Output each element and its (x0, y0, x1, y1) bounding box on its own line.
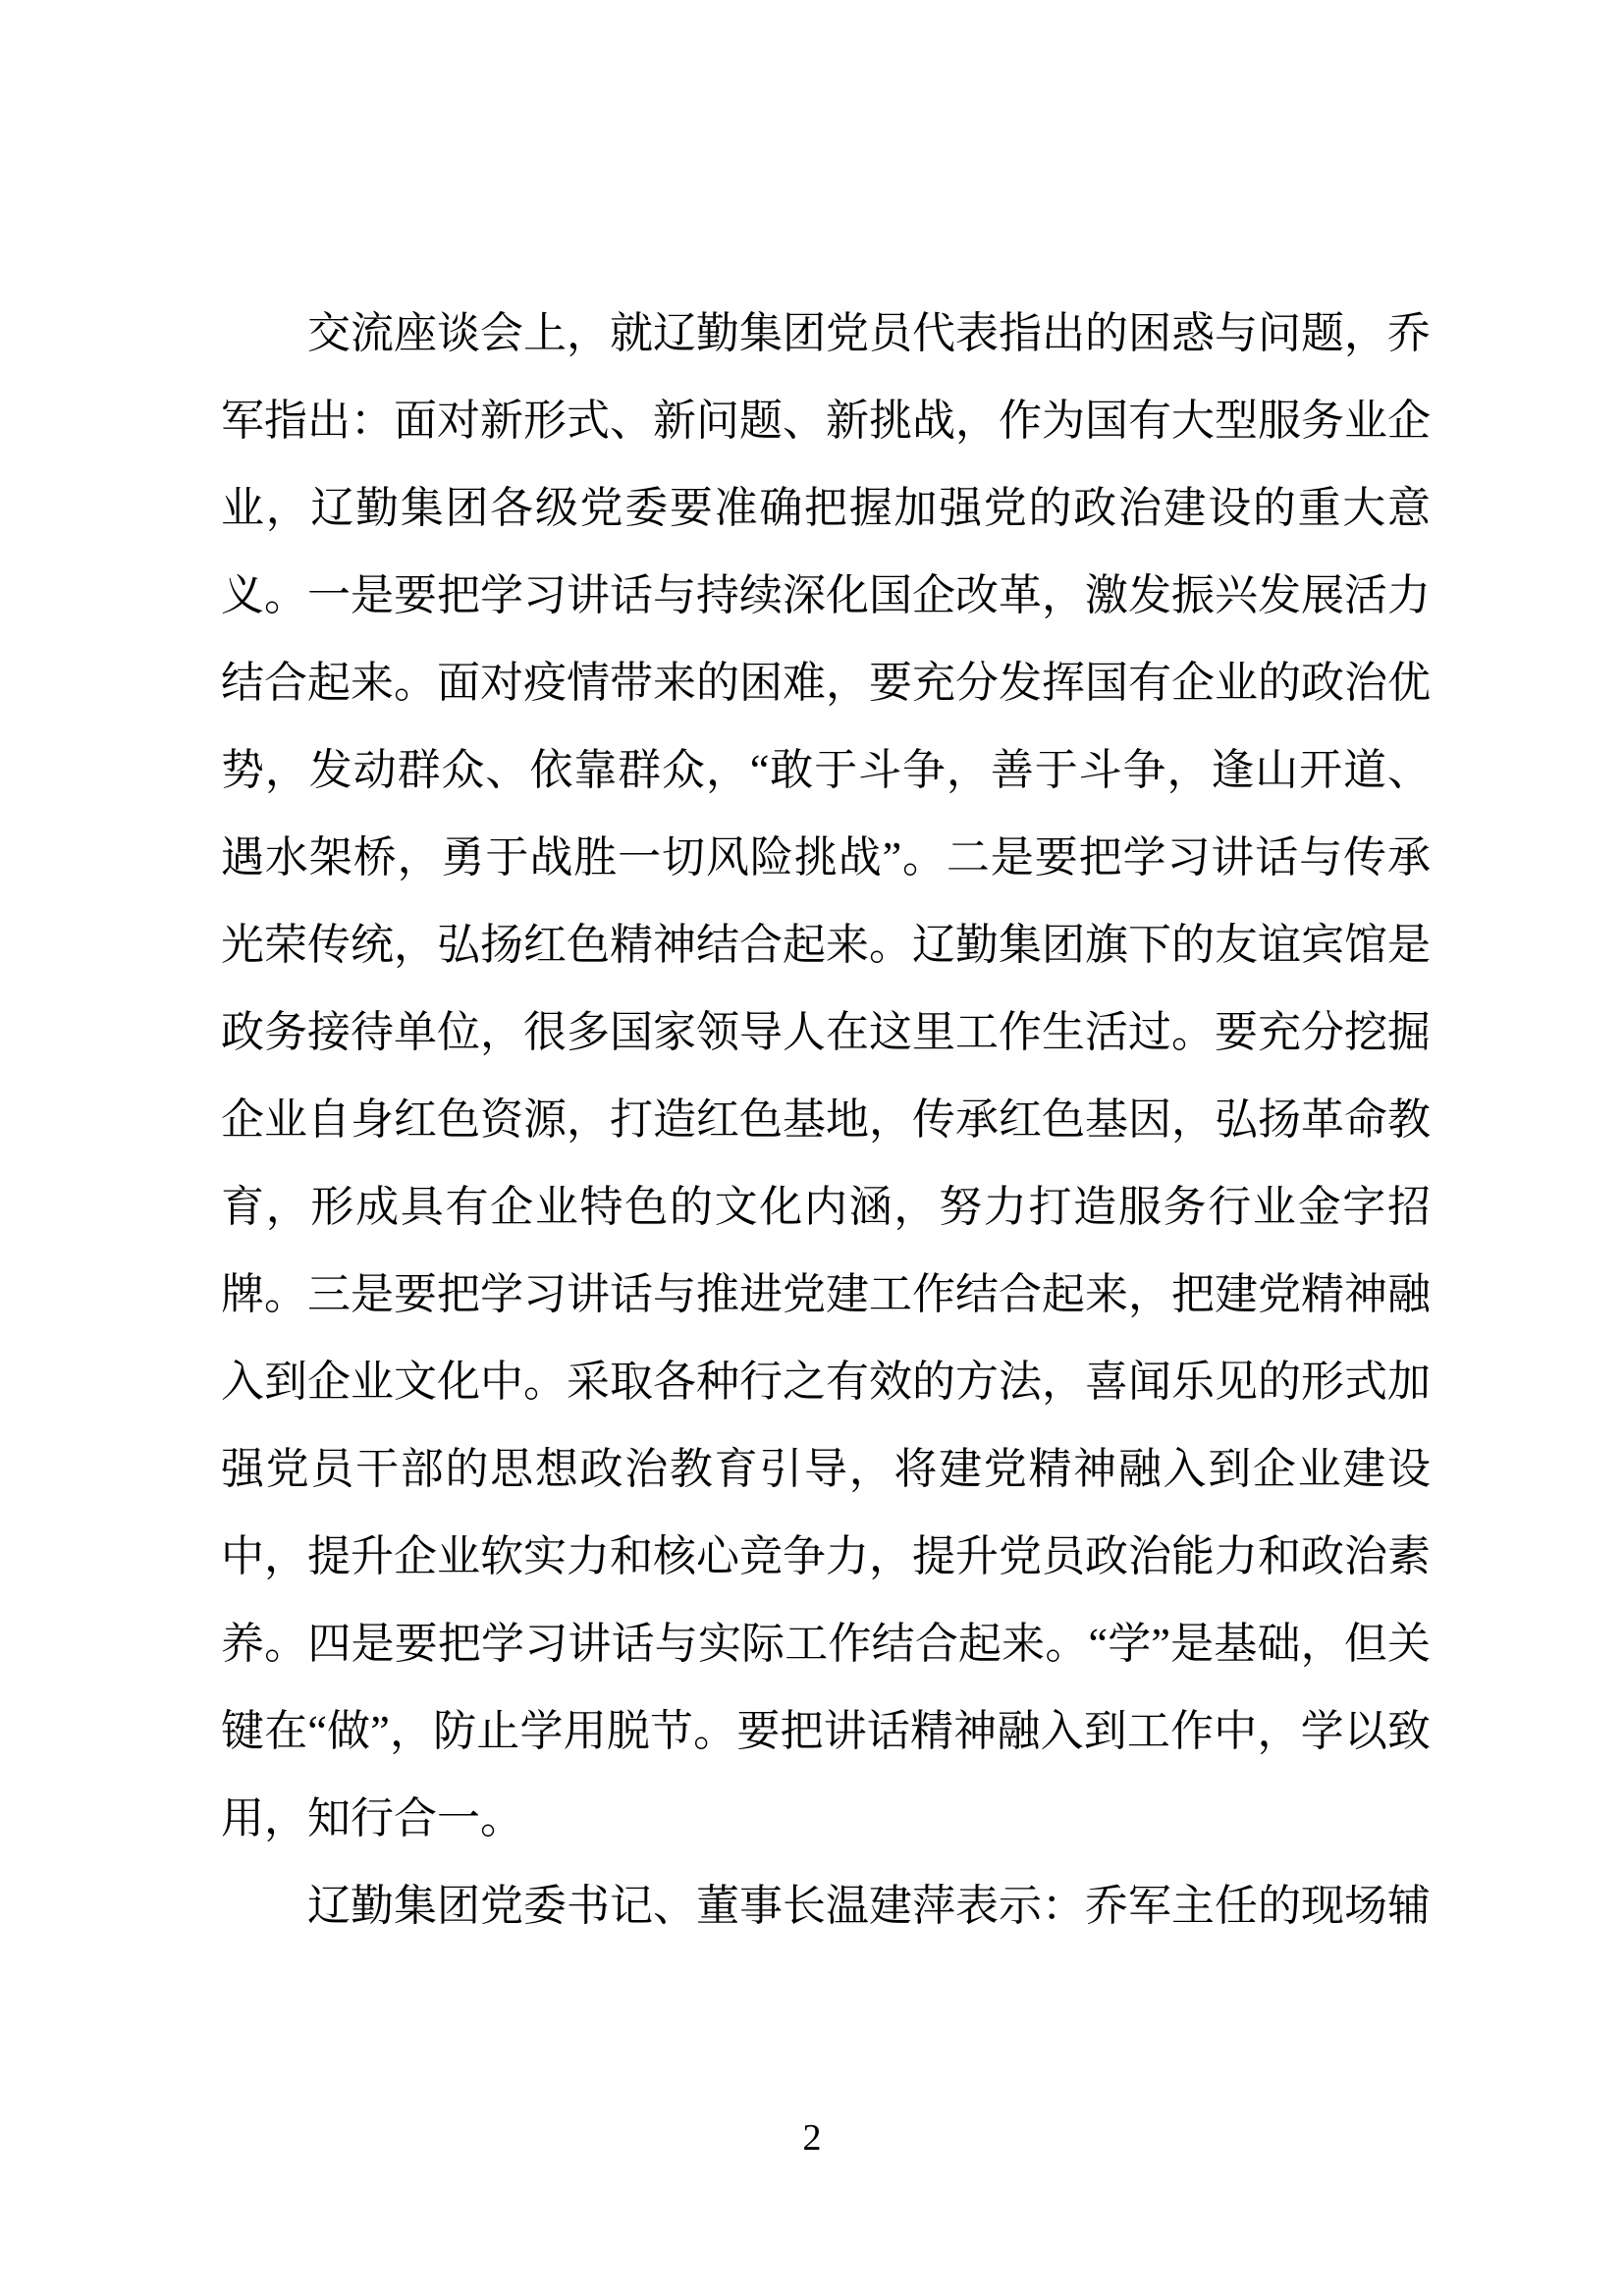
document-body: 交流座谈会上，就辽勤集团党员代表指出的困惑与问题，乔军指出：面对新形式、新问题、… (221, 290, 1431, 1949)
paragraph-speech-summary: 交流座谈会上，就辽勤集团党员代表指出的困惑与问题，乔军指出：面对新形式、新问题、… (221, 290, 1431, 1862)
paragraph-chairman-remark: 辽勤集团党委书记、董事长温建萍表示：乔军主任的现场辅 (221, 1862, 1431, 1949)
page-number: 2 (0, 2116, 1624, 2160)
document-page: 交流座谈会上，就辽勤集团党员代表指出的困惑与问题，乔军指出：面对新形式、新问题、… (0, 0, 1624, 2296)
